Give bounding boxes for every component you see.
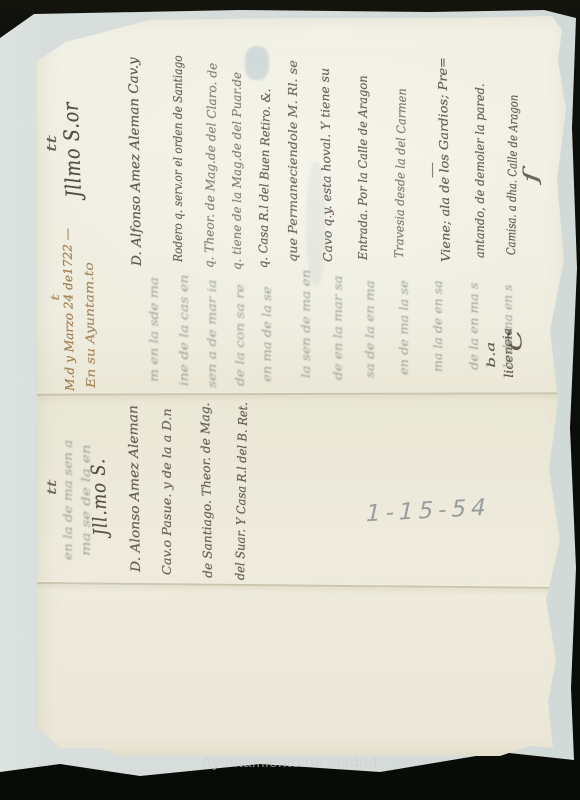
watermark-text: Ayuntamiento de Madrid <box>202 754 378 771</box>
handwriting-line: Jllmo S.or <box>61 101 85 198</box>
handwriting-line: sa de la en ma <box>364 280 376 378</box>
handwriting-line: ma la de en sa <box>432 280 444 372</box>
handwriting-line: ma se de la en <box>80 444 92 556</box>
handwriting-line: Cavo q.y. esta hoval. Y tiene su <box>319 68 334 262</box>
handwriting-line: m en la sde ma <box>148 277 160 382</box>
handwriting-line: en la de ma sen a <box>62 440 74 560</box>
handwriting-line: — <box>426 162 438 178</box>
handwriting-line: Rodero q. serv.or el orden de Santiago <box>172 55 184 262</box>
handwriting-line: t <box>50 294 61 301</box>
handwriting-line: D. Alonso Amez Aleman <box>127 405 143 572</box>
scan-background: ttJllmo S.ortM.d y Marzo 24 de1722 —En s… <box>0 0 580 800</box>
handwriting-line: sen a de mar ia <box>206 280 218 388</box>
handwriting-line: tt <box>46 135 59 152</box>
handwriting-line: M.d y Marzo 24 de1722 — <box>61 228 76 391</box>
handwriting-line: ſ <box>520 170 541 183</box>
handwriting-line: q. tiene de la Mag.de del Puar.de <box>231 72 243 270</box>
handwriting-line: la de ma en s <box>502 284 514 368</box>
handwriting-line: de en la mar sa <box>332 276 344 380</box>
handwriting-line: la sen de ma en <box>300 270 312 378</box>
handwriting-line: b.a <box>485 341 497 368</box>
handwriting-line: que Permaneciendole M. Rl. se <box>287 60 299 262</box>
handwriting-line: D. Alfonso Amez Aleman Cav.y <box>127 57 144 266</box>
handwriting-line: Viene; ala de los Gardios; Pre= <box>436 57 452 262</box>
handwriting-line: q. Casa R.l del Buen Retiro. &. <box>257 88 272 268</box>
handwriting-line: Cav.o Pasue. y de la a D.n <box>161 408 173 575</box>
handwriting-line: de la en ma s <box>468 283 480 370</box>
handwriting-line: Entrada. Por la Calle de Aragon <box>357 75 369 260</box>
handwriting-line: Travesia desde la del Carmen <box>393 88 408 258</box>
handwriting-line: en de ma la se <box>398 280 410 375</box>
handwriting-line: antando, de demoler la pared. <box>474 83 486 258</box>
manuscript-lines: ttJllmo S.ortM.d y Marzo 24 de1722 —En s… <box>0 0 580 800</box>
handwriting-line: En su Ayuntam.to <box>83 262 97 388</box>
handwriting-line: de la con sa re <box>234 284 246 386</box>
handwriting-line: de Santiago. Theor. de Mag. <box>199 402 214 578</box>
handwriting-line: en ma de la se <box>261 286 273 382</box>
handwriting-line: del Suar. Y Casa R.l del B. Ret. <box>234 402 249 580</box>
handwriting-line: tt <box>46 480 58 495</box>
handwriting-line: q. Theor. de Mag.de del Claro. de <box>203 63 219 269</box>
handwriting-line: ine de la cas en <box>178 274 190 386</box>
